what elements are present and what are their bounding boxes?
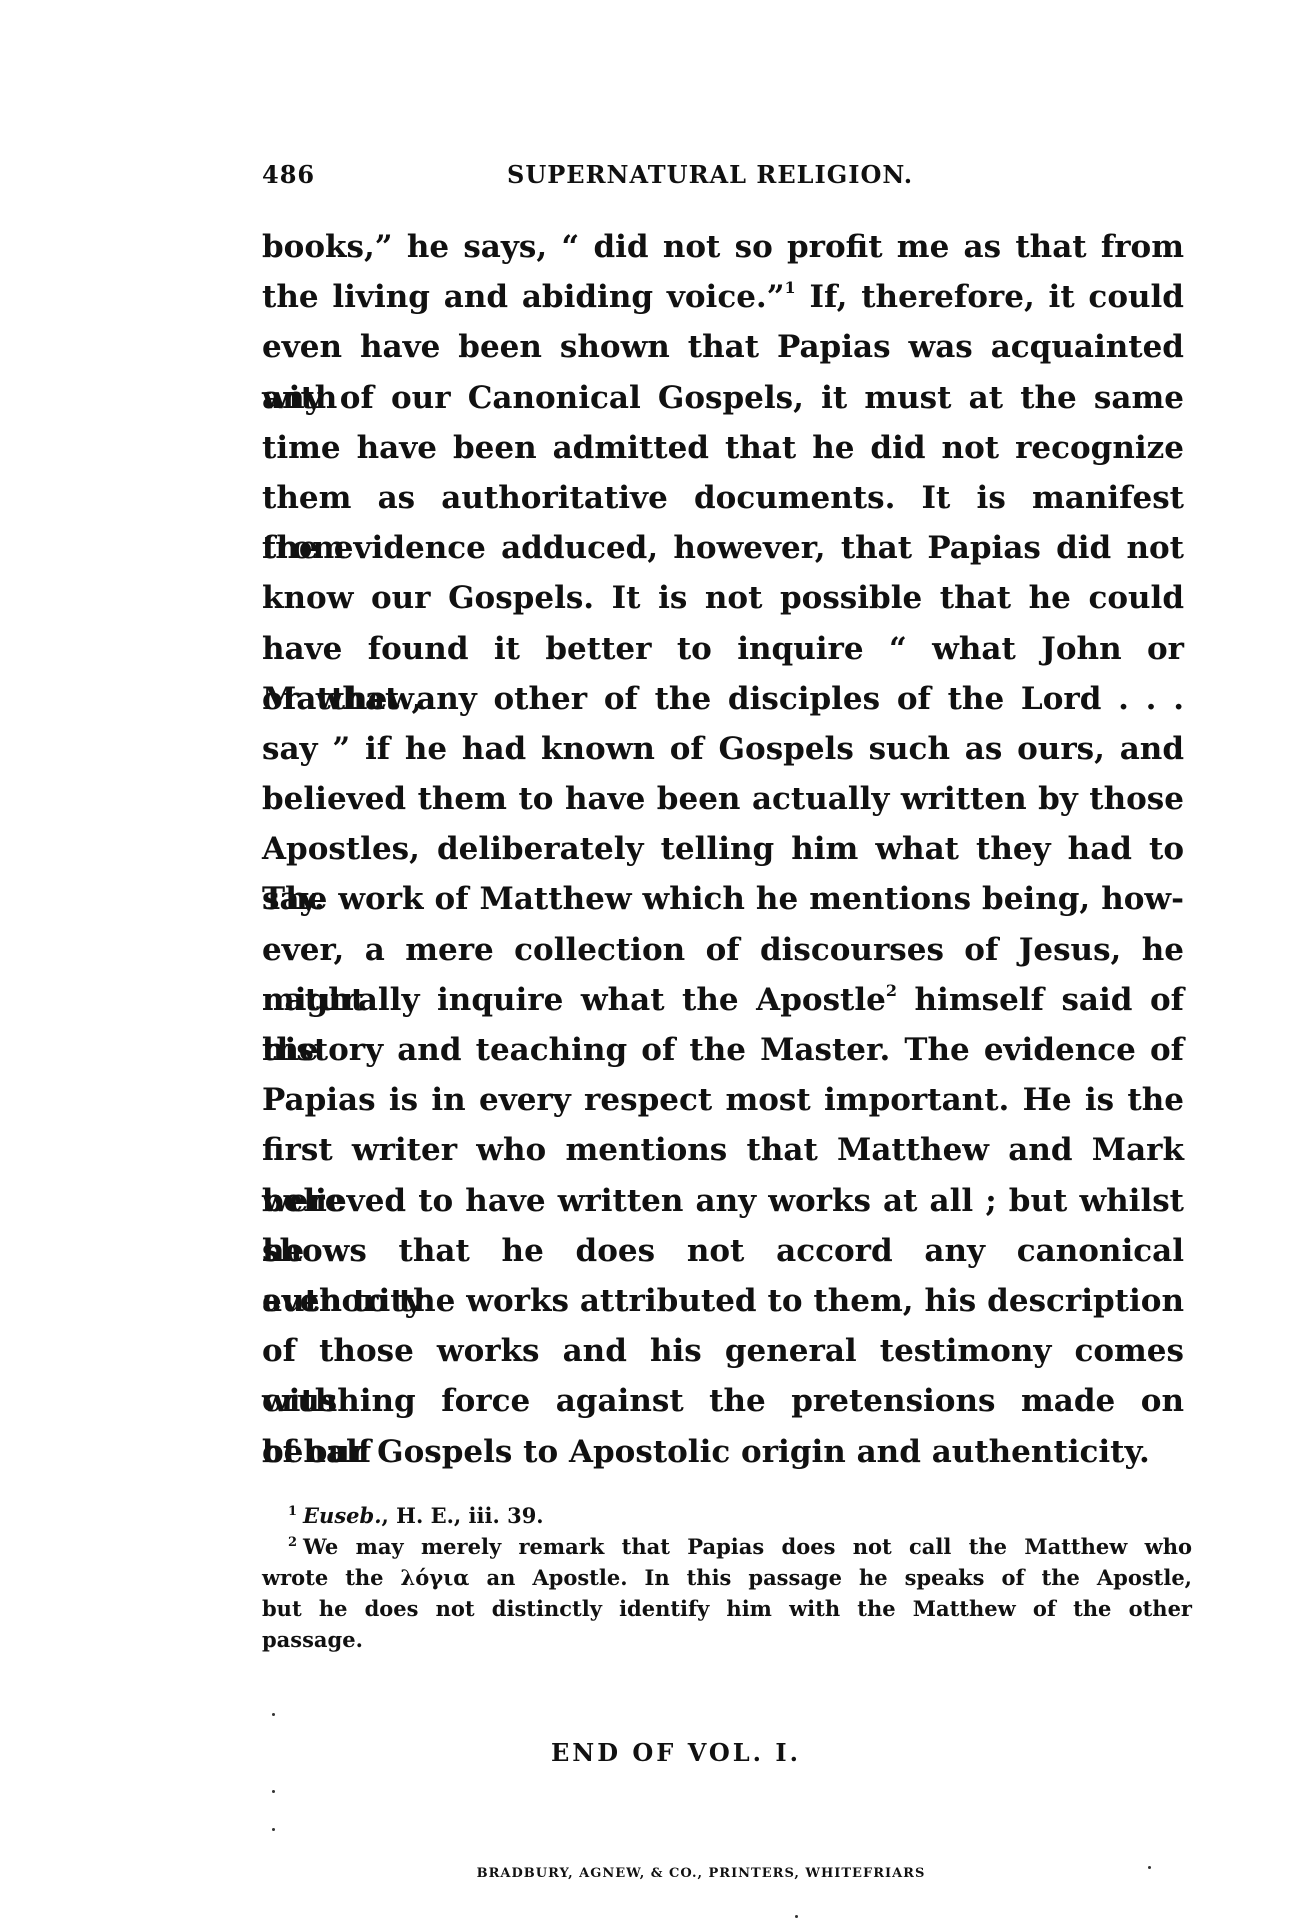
text-line: history and teaching of the Master. The … — [262, 1025, 1184, 1075]
text-line: or what any other of the disciples of th… — [262, 674, 1184, 724]
printer-imprint: BRADBURY, AGNEW, & CO., PRINTERS, WHITEF… — [0, 1866, 1292, 1881]
text-line: crushing force against the pretensions m… — [262, 1376, 1184, 1426]
text-line: ever, a mere collection of discourses of… — [262, 925, 1184, 975]
text-line: shows that he does not accord any canoni… — [262, 1226, 1184, 1276]
book-page: 486 SUPERNATURAL RELIGION. books,” he sa… — [0, 0, 1292, 1925]
footnote-reference[interactable]: 2 — [886, 981, 897, 1000]
text-line: the living and abiding voice.”1 If, ther… — [262, 272, 1184, 322]
text-line: The work of Matthew which he mentions be… — [262, 874, 1184, 924]
citation-source: Euseb. — [303, 1503, 381, 1528]
scan-speck — [1148, 1866, 1151, 1869]
text-line: even to the works attributed to them, hi… — [262, 1276, 1184, 1326]
text-line: of our Gospels to Apostolic origin and a… — [262, 1427, 1184, 1477]
running-title: SUPERNATURAL RELIGION. — [507, 160, 913, 189]
footnote-2-line: but he does not distinctly identify him … — [262, 1593, 1192, 1624]
text-line: books,” he says, “ did not so profit me … — [262, 222, 1184, 272]
scan-speck — [272, 1790, 275, 1793]
text-line: have found it better to inquire “ what J… — [262, 624, 1184, 674]
text-line: believed them to have been actually writ… — [262, 774, 1184, 824]
footnotes: 1Euseb., H. E., iii. 39. 2We may merely … — [262, 1500, 1192, 1655]
text-line: know our Gospels. It is not possible tha… — [262, 573, 1184, 623]
text-line: Papias is in every respect most importan… — [262, 1075, 1184, 1125]
footnote-1: 1Euseb., H. E., iii. 39. — [262, 1500, 1192, 1531]
text-line: even have been shown that Papias was acq… — [262, 322, 1184, 372]
footnote-2-line: 2We may merely remark that Papias does n… — [262, 1531, 1192, 1562]
text-line: Apostles, deliberately telling him what … — [262, 824, 1184, 874]
body-text: books,” he says, “ did not so profit me … — [262, 222, 1184, 1477]
scan-speck — [272, 1828, 275, 1831]
running-head: 486 SUPERNATURAL RELIGION. — [262, 160, 962, 200]
page-number: 486 — [262, 160, 315, 189]
text-line: time have been admitted that he did not … — [262, 423, 1184, 473]
text-line: the evidence adduced, however, that Papi… — [262, 523, 1184, 573]
footnote-2-line: wrote the λόγια an Apostle. In this pass… — [262, 1562, 1192, 1593]
text-line: of those works and his general testimony… — [262, 1326, 1184, 1376]
text-line: them as authoritative documents. It is m… — [262, 473, 1184, 523]
scan-speck — [795, 1915, 798, 1918]
footnote-2-line: passage. — [262, 1624, 1192, 1655]
text-line: first writer who mentions that Matthew a… — [262, 1125, 1184, 1175]
text-line: any of our Canonical Gospels, it must at… — [262, 373, 1184, 423]
end-of-volume-label: END OF VOL. I. — [0, 1738, 1292, 1767]
text-line: say ” if he had known of Gospels such as… — [262, 724, 1184, 774]
text-line: believed to have written any works at al… — [262, 1176, 1184, 1226]
footnote-marker: 1 — [288, 1504, 297, 1519]
footnote-marker: 2 — [288, 1535, 297, 1550]
text-line: naturally inquire what the Apostle2 hims… — [262, 975, 1184, 1025]
scan-speck — [272, 1713, 275, 1716]
footnote-reference[interactable]: 1 — [785, 278, 796, 297]
